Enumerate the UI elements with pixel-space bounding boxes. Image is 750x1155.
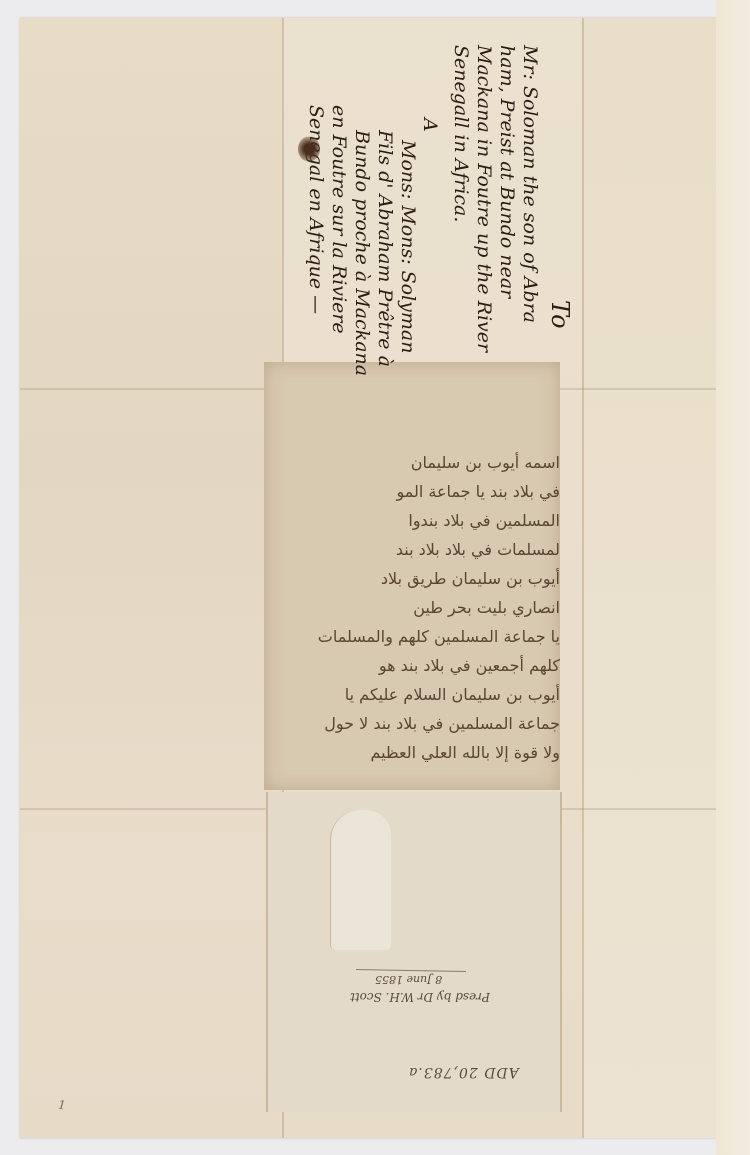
right-panel (582, 18, 732, 1138)
address-line: ham, Preist at Bundo near (497, 45, 516, 298)
address-line: Senegall in Africa. (451, 45, 470, 222)
fold-line-right (582, 18, 584, 1138)
arabic-line: يا جماعة المسلمين كلهم والمسلمات (310, 622, 560, 651)
sheet-right-edge (716, 0, 750, 1155)
arabic-line: المسلمين في بلاد بندوا (310, 506, 560, 535)
address-line: Mackana in Foutre up the River (474, 45, 493, 352)
ink-blot (298, 136, 320, 162)
address-line: To (548, 300, 572, 329)
arabic-line: أيوب بن سليمان السلام عليكم يا (310, 680, 560, 709)
arabic-line: جماعة المسلمين في بلاد بند لا حول (310, 709, 560, 738)
arabic-line: أيوب بن سليمان طريق بلاد (310, 564, 560, 593)
arabic-text-block: اسمه أيوب بن سليمان في بلاد بند يا جماعة… (310, 448, 560, 767)
left-panel (20, 18, 282, 1138)
address-line: Bundo proche à Mackana (352, 130, 371, 376)
arabic-line: لمسلمات في بلاد بلاد بند (310, 535, 560, 564)
address-line: en Foutre sur la Riviere (329, 105, 348, 334)
address-line: Mons: Mons: Solyman (398, 140, 417, 354)
arabic-line: اسمه أيوب بن سليمان (310, 448, 560, 477)
catalogue-number: ADD 20,783.a (408, 1064, 519, 1080)
arabic-line: انصاري بليت بحر طين (310, 593, 560, 622)
arabic-line: في بلاد بند يا جماعة المو (310, 477, 560, 506)
arabic-line: كلهم أجمعين في بلاد بند هو (310, 651, 560, 680)
arabic-line: ولا قوة إلا بالله العلي العظيم (310, 738, 560, 767)
address-line: A (420, 118, 439, 132)
paper-repair-patch (330, 810, 391, 950)
address-line: Mr: Soloman the son of Abra (520, 45, 539, 323)
presentation-note: Presd by Dr W.H. Scott (350, 990, 490, 1004)
address-line: Fils d' Abraham Prêtre à (375, 130, 394, 367)
presentation-date: 8 June 1855 (375, 973, 442, 986)
